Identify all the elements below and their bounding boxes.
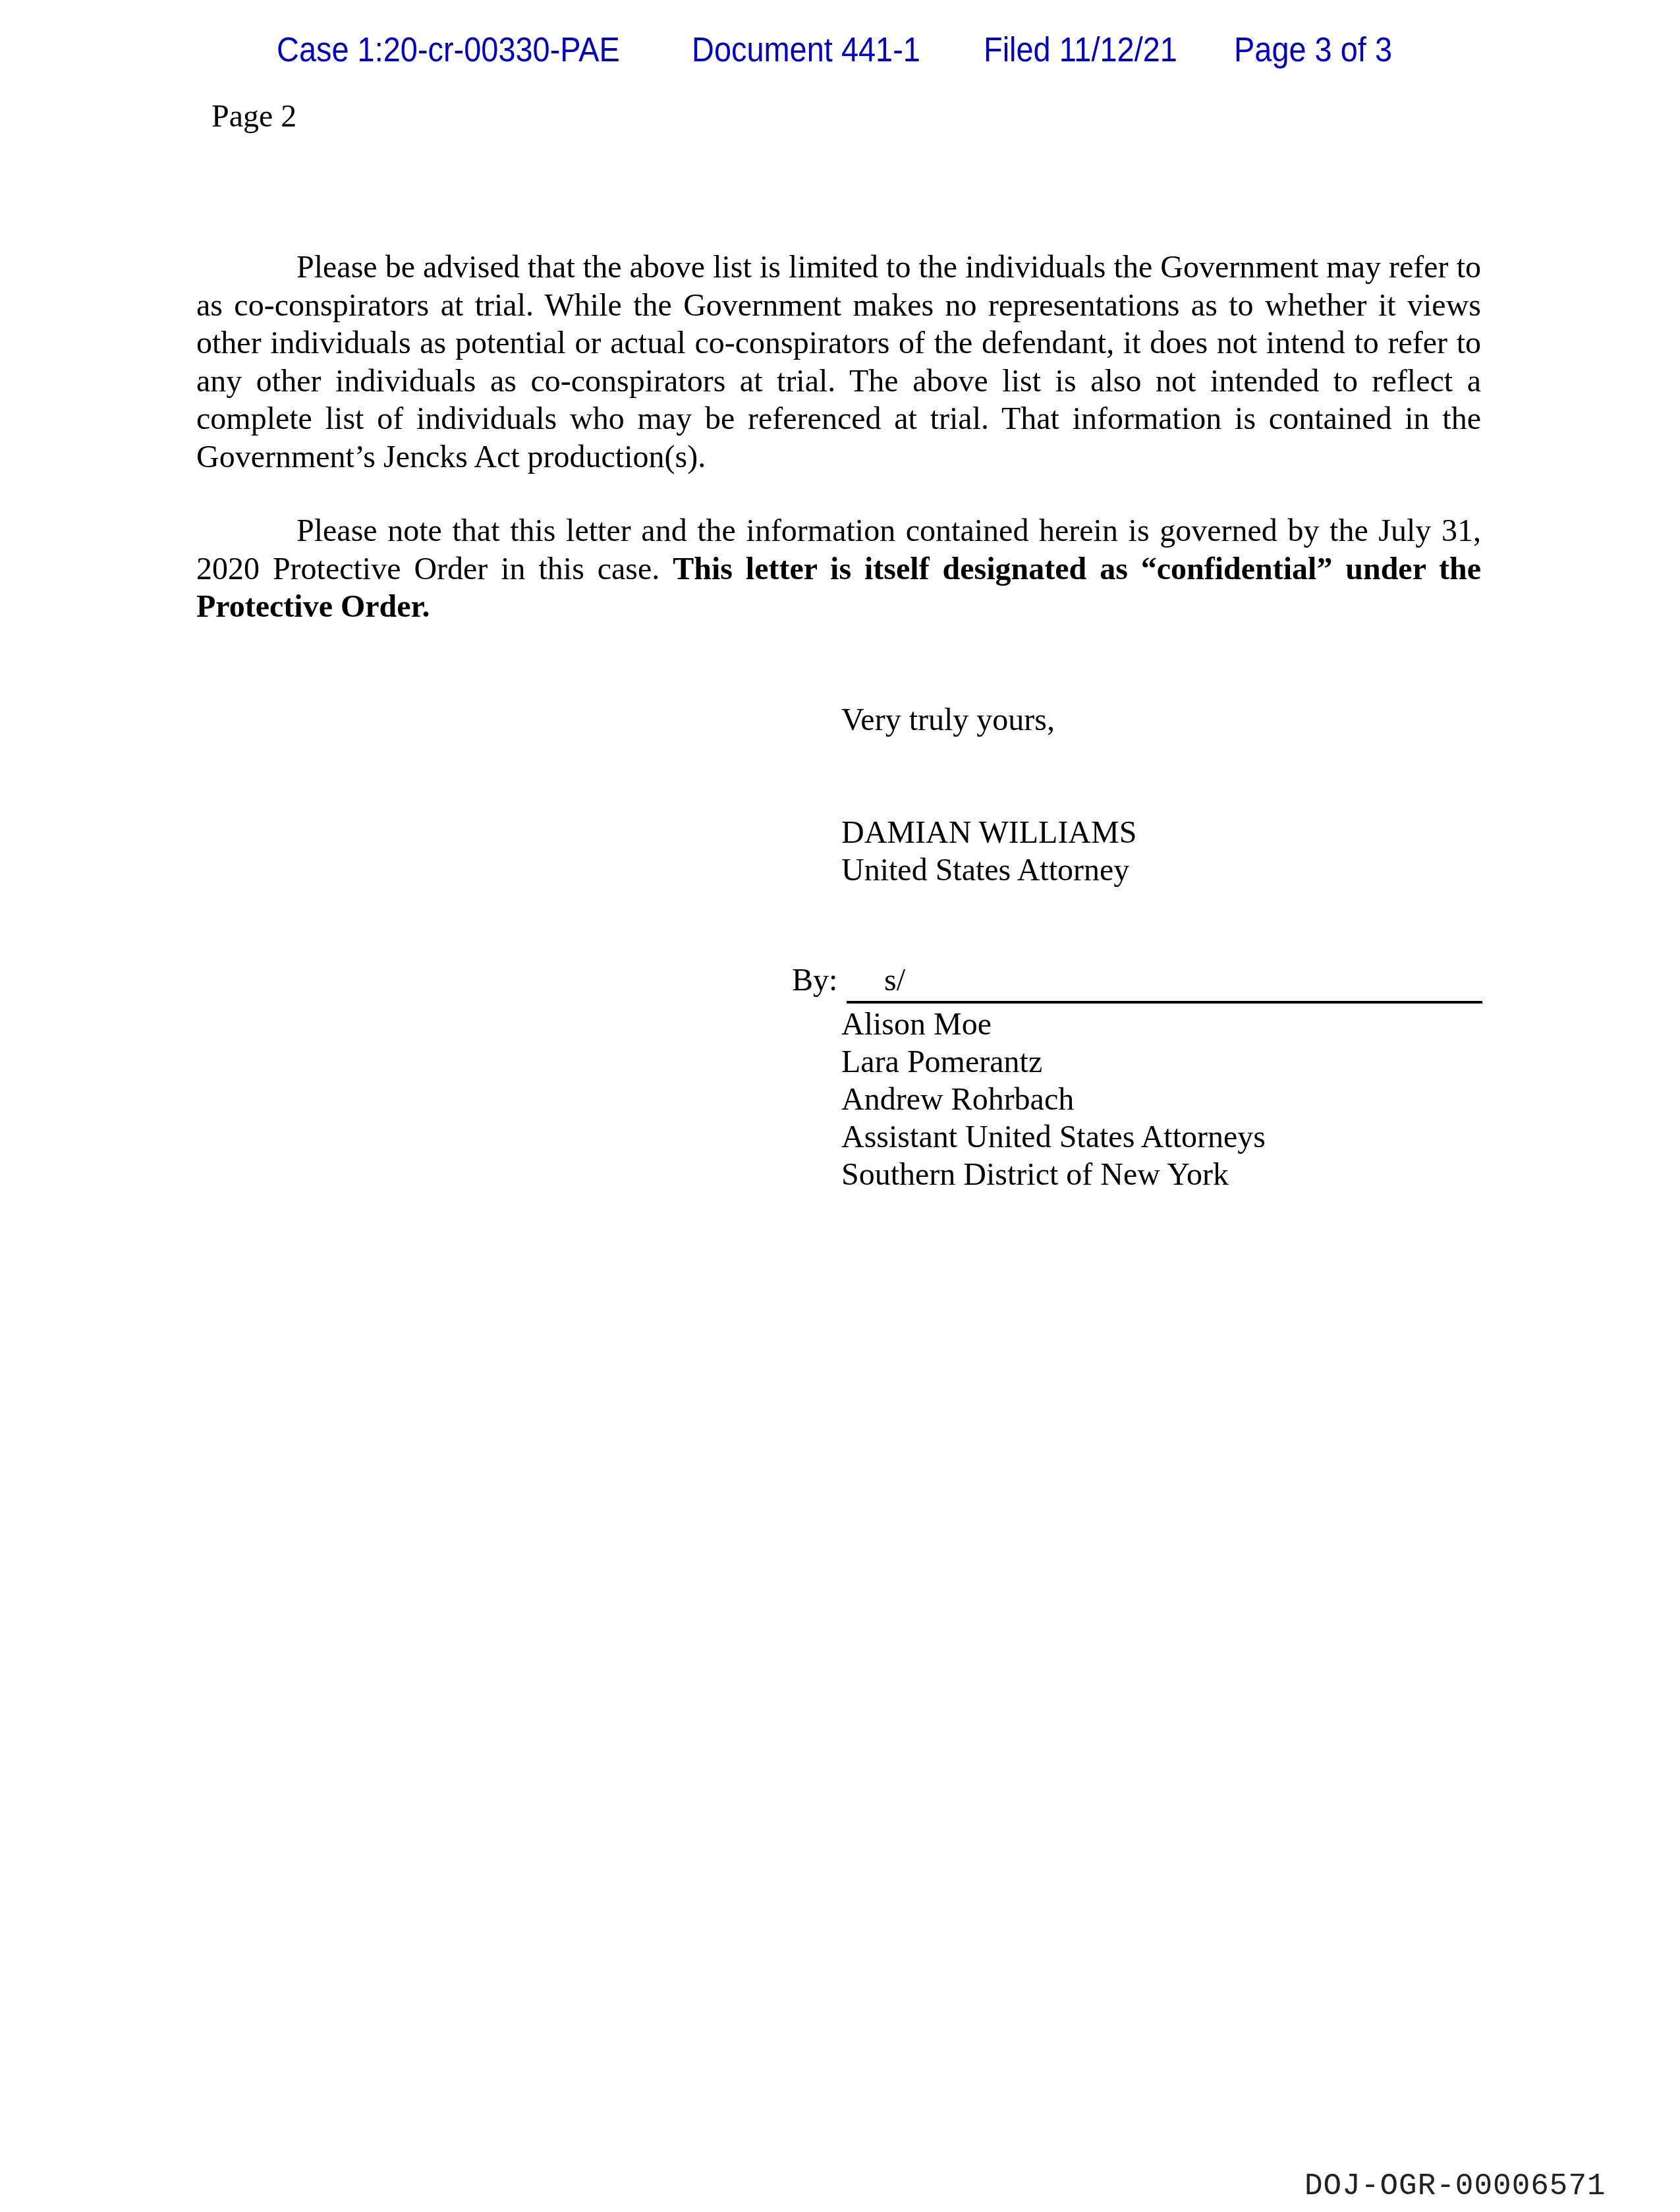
by-label: By: bbox=[792, 961, 837, 999]
attorney-name: Andrew Rohrbach bbox=[841, 1081, 1074, 1118]
letter-page-label: Page 2 bbox=[211, 98, 296, 135]
page-count: Page 3 of 3 bbox=[1234, 29, 1392, 71]
filed-date: Filed 11/12/21 bbox=[984, 29, 1177, 71]
body-paragraph-2: Please note that this letter and the inf… bbox=[196, 512, 1481, 626]
signature-mark: s/ bbox=[884, 961, 905, 999]
case-number: Case 1:20-cr-00330-PAE bbox=[277, 29, 620, 71]
signature-by-line: By: s/ bbox=[792, 961, 1484, 1004]
attorney-name: Alison Moe bbox=[841, 1006, 992, 1043]
closing: Very truly yours, bbox=[841, 701, 1055, 739]
attorney-name: Lara Pomerantz bbox=[841, 1043, 1042, 1081]
bates-number: DOJ-OGR-00006571 bbox=[1304, 2168, 1606, 2205]
body-paragraph-1: Please be advised that the above list is… bbox=[196, 248, 1481, 476]
signer-name: DAMIAN WILLIAMS bbox=[841, 814, 1136, 851]
attorneys-title: Assistant United States Attorneys bbox=[841, 1118, 1266, 1156]
signature-underline bbox=[847, 1001, 1482, 1004]
district: Southern District of New York bbox=[841, 1156, 1229, 1193]
signer-title: United States Attorney bbox=[841, 851, 1129, 889]
document-number: Document 441-1 bbox=[692, 29, 920, 71]
